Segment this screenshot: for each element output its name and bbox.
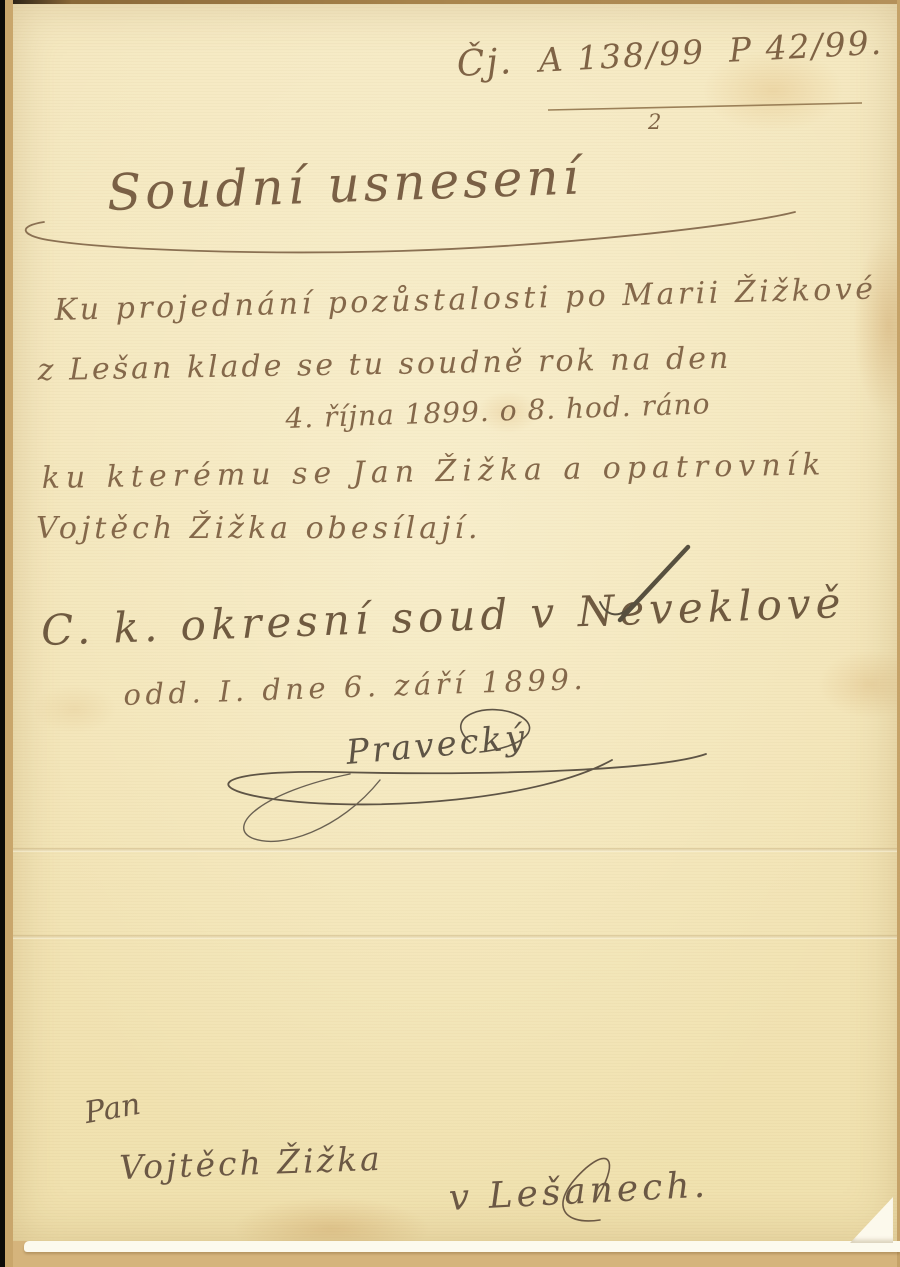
case-number-guardianship: P 42/99. xyxy=(728,23,884,70)
case-number-probate: A 138/99 xyxy=(538,32,706,80)
body-line-5: Vojtěch Žižka obesílají. xyxy=(36,511,482,546)
scanned-document-photo: Čj. A 138/99 P 42/99. 2 Soudní usnesení … xyxy=(0,0,900,1267)
ref-page-number: 2 xyxy=(648,110,661,134)
paper-fold-crease xyxy=(13,848,897,852)
ref-label: Čj. xyxy=(456,41,514,85)
scan-edge-left-tan xyxy=(5,0,13,1267)
paper-fold-crease xyxy=(13,935,897,939)
paper-bottom-edge-backing xyxy=(24,1241,900,1252)
